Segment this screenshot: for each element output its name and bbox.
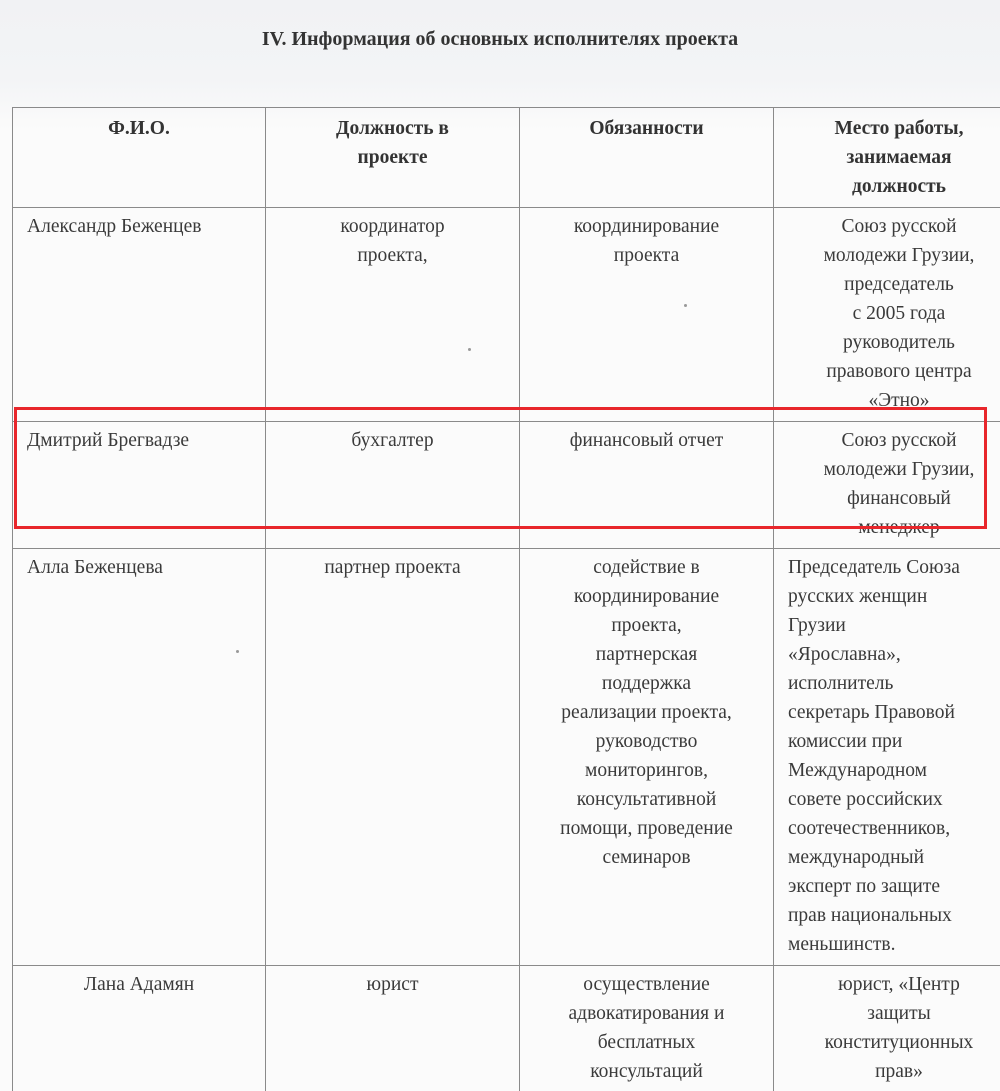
cell-workplace: Союз русской молодежи Грузии, финансовый… [774, 422, 1000, 549]
document-title: IV. Информация об основных исполнителях … [0, 28, 1000, 51]
scan-speck [684, 304, 687, 307]
cell-name: Дмитрий Брегвадзе [13, 422, 266, 549]
header-full-name: Ф.И.О. [13, 108, 266, 208]
cell-duties: финансовый отчет [520, 422, 774, 549]
cell-role: бухгалтер [266, 422, 520, 549]
table-row-highlighted: Дмитрий Брегвадзе бухгалтер финансовый о… [13, 422, 1000, 549]
cell-name: Алла Беженцева [13, 549, 266, 966]
cell-role: координатор проекта, [266, 208, 520, 422]
cell-workplace: Председатель Союза русских женщин Грузии… [774, 549, 1000, 966]
cell-name: Александр Беженцев [13, 208, 266, 422]
header-project-role: Должность в проекте [266, 108, 520, 208]
cell-duties: координирование проекта [520, 208, 774, 422]
scan-speck [468, 348, 471, 351]
cell-workplace: Союз русской молодежи Грузии, председате… [774, 208, 1000, 422]
table-row: Александр Беженцев координатор проекта, … [13, 208, 1000, 422]
header-duties: Обязанности [520, 108, 774, 208]
cell-workplace: юрист, «Центр защиты конституционных пра… [774, 966, 1000, 1091]
table-row: Лана Адамян юрист осуществление адвокати… [13, 966, 1000, 1091]
cell-duties: осуществление адвокатирования и бесплатн… [520, 966, 774, 1091]
table-row: Алла Беженцева партнер проекта содействи… [13, 549, 1000, 966]
cell-name: Лана Адамян [13, 966, 266, 1091]
scan-speck [236, 650, 239, 653]
table-header-row: Ф.И.О. Должность в проекте Обязанности М… [13, 108, 1000, 208]
cell-role: юрист [266, 966, 520, 1091]
cell-role: партнер проекта [266, 549, 520, 966]
header-workplace: Место работы, занимаемая должность [774, 108, 1000, 208]
cell-duties: содействие в координирование проекта, па… [520, 549, 774, 966]
project-staff-table: Ф.И.О. Должность в проекте Обязанности М… [12, 107, 1000, 1091]
